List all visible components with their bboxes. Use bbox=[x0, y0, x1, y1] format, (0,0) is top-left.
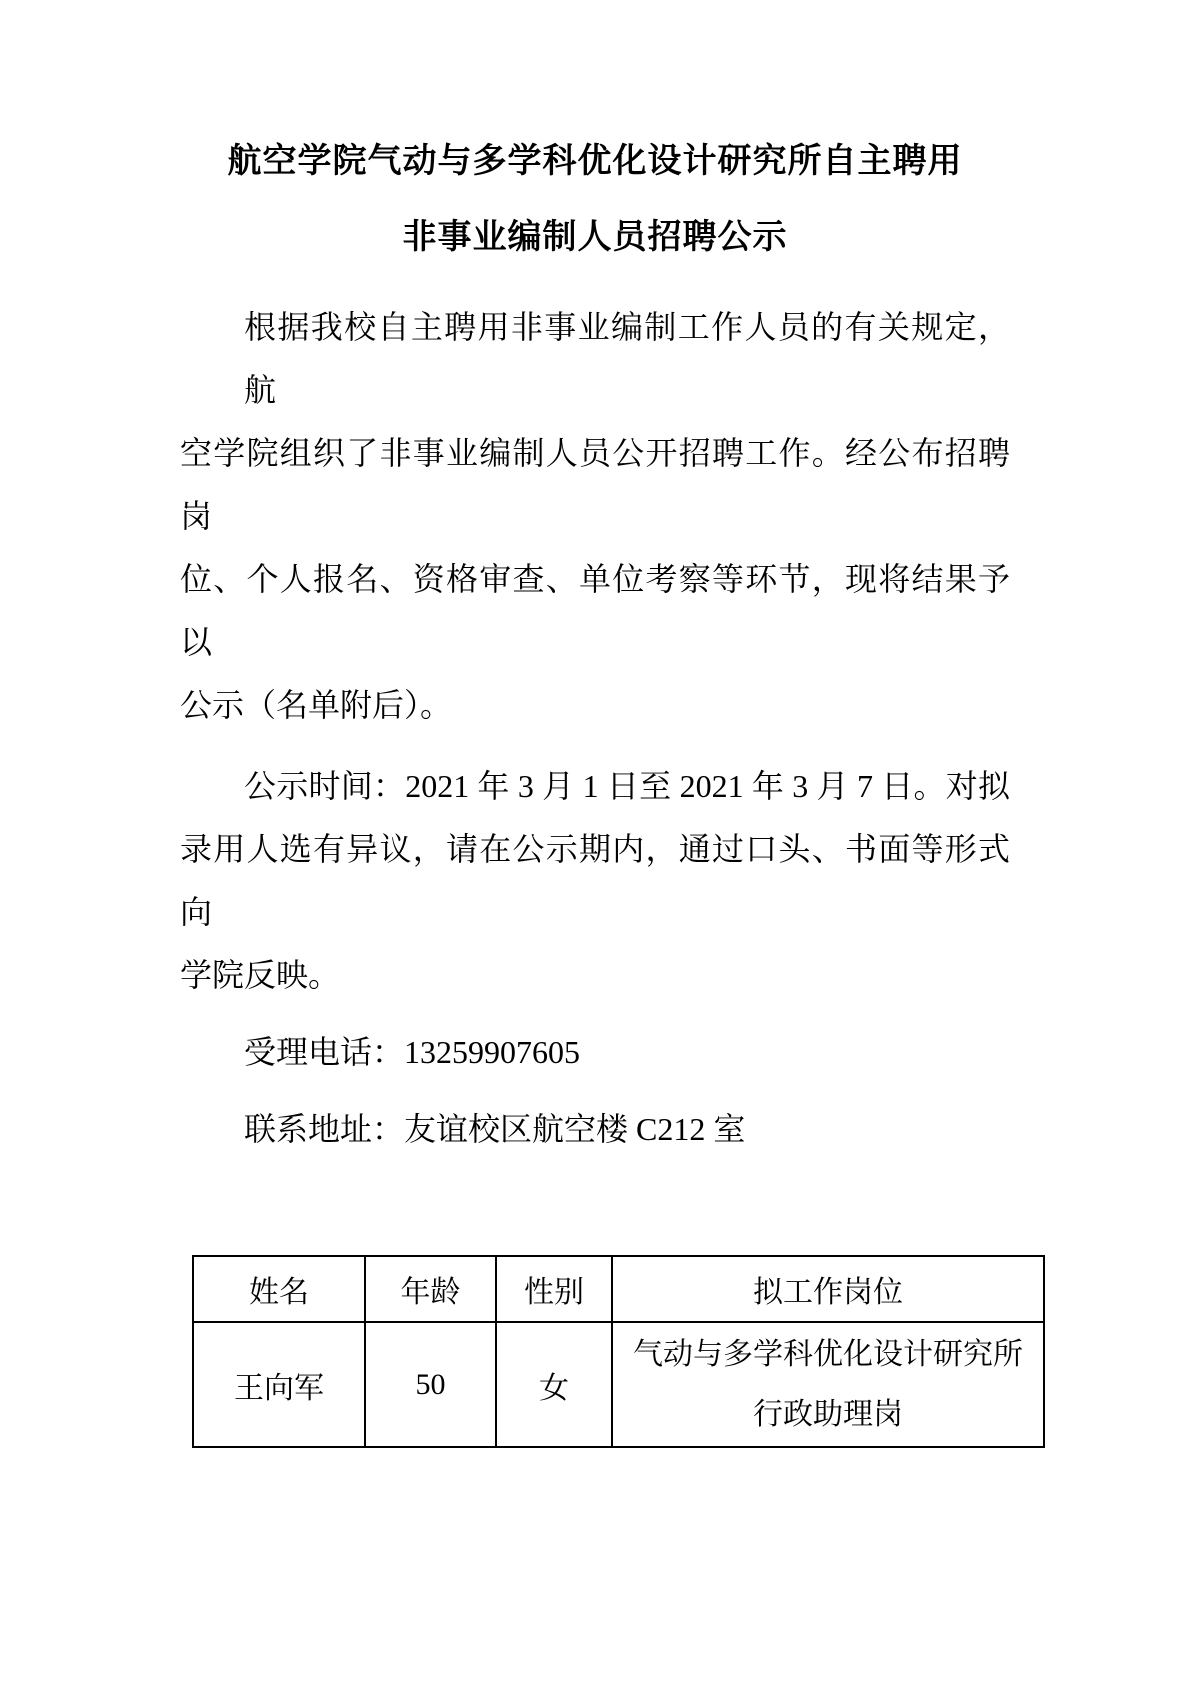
position-line-1: 气动与多学科优化设计研究所 bbox=[613, 1325, 1043, 1385]
address-line: 联系地址：友谊校区航空楼 C212 室 bbox=[180, 1098, 1010, 1161]
table-header-row: 姓名 年龄 性别 拟工作岗位 bbox=[193, 1256, 1044, 1322]
intro-line-4: 公示（名单附后）。 bbox=[180, 674, 1010, 737]
paragraph-notice-period: 公示时间：2021 年 3 月 1 日至 2021 年 3 月 7 日。对拟 录… bbox=[180, 755, 1010, 1007]
document-title-line-2: 非事业编制人员招聘公示 bbox=[180, 216, 1010, 260]
notice-line-2: 录用人选有异议，请在公示期内，通过口头、书面等形式向 bbox=[180, 818, 1010, 944]
phone-line: 受理电话：13259907605 bbox=[180, 1021, 1010, 1084]
intro-line-3: 位、个人报名、资格审查、单位考察等环节，现将结果予以 bbox=[180, 548, 1010, 674]
table-header-gender: 性别 bbox=[496, 1256, 612, 1322]
document-page: 航空学院气动与多学科优化设计研究所自主聘用 非事业编制人员招聘公示 根据我校自主… bbox=[0, 0, 1191, 1684]
cell-gender: 女 bbox=[496, 1322, 612, 1447]
cell-name: 王向军 bbox=[193, 1322, 365, 1447]
table-row: 王向军 50 女 气动与多学科优化设计研究所 行政助理岗 bbox=[193, 1322, 1044, 1447]
cell-position: 气动与多学科优化设计研究所 行政助理岗 bbox=[612, 1322, 1044, 1447]
paragraph-intro: 根据我校自主聘用非事业编制工作人员的有关规定，航 空学院组织了非事业编制人员公开… bbox=[180, 296, 1010, 737]
cell-age: 50 bbox=[365, 1322, 496, 1447]
intro-line-1: 根据我校自主聘用非事业编制工作人员的有关规定，航 bbox=[180, 296, 1010, 422]
document-title-line-1: 航空学院气动与多学科优化设计研究所自主聘用 bbox=[180, 140, 1010, 184]
applicants-table: 姓名 年龄 性别 拟工作岗位 王向军 50 女 气动与多学科优化设计研究所 行政… bbox=[192, 1255, 1045, 1448]
table-header-position: 拟工作岗位 bbox=[612, 1256, 1044, 1322]
position-line-2: 行政助理岗 bbox=[613, 1385, 1043, 1445]
intro-line-2: 空学院组织了非事业编制人员公开招聘工作。经公布招聘岗 bbox=[180, 422, 1010, 548]
table-header-age: 年龄 bbox=[365, 1256, 496, 1322]
notice-line-3: 学院反映。 bbox=[180, 944, 1010, 1007]
notice-line-1: 公示时间：2021 年 3 月 1 日至 2021 年 3 月 7 日。对拟 bbox=[180, 755, 1010, 818]
table-header-name: 姓名 bbox=[193, 1256, 365, 1322]
